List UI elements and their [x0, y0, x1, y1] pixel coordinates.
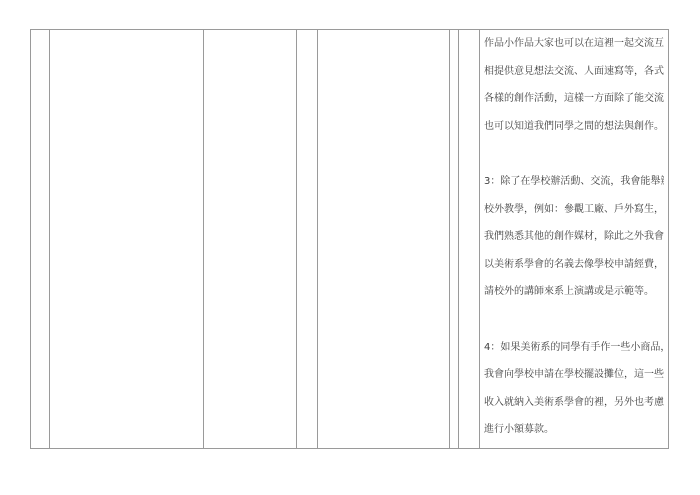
blank-line — [484, 140, 664, 168]
text-line: 我們熟悉其他的創作媒材，除此之外我會 — [484, 223, 664, 251]
text-line: 收入就納入美術系學會的裡，另外也考慮 — [484, 389, 664, 417]
text-line: 以美術系學會的名義去像學校申請經費， — [484, 251, 664, 279]
table-cell-7 — [459, 30, 480, 448]
table-cell-text: 作品小作品大家也可以在這裡一起交流互相提供意見想法交流、人面速寫等，各式各樣的創… — [480, 30, 668, 448]
document-page: 作品小作品大家也可以在這裡一起交流互相提供意見想法交流、人面速寫等，各式各樣的創… — [0, 0, 700, 495]
table-cell-6 — [450, 30, 459, 448]
document-table: 作品小作品大家也可以在這裡一起交流互相提供意見想法交流、人面速寫等，各式各樣的創… — [30, 29, 669, 449]
table-cell-4 — [297, 30, 318, 448]
text-line: 4：如果美術系的同學有手作一些小商品， — [484, 334, 664, 362]
table-cell-5 — [318, 30, 450, 448]
text-line: 我會向學校申請在學校擺設攤位，這一些 — [484, 361, 664, 389]
table-cell-1 — [31, 30, 50, 448]
table-cell-3 — [204, 30, 297, 448]
table-cell-2 — [50, 30, 204, 448]
text-line: 也可以知道我們同學之間的想法與創作。 — [484, 113, 664, 141]
text-line: 3：除了在學校辦活動、交流，我會能舉辦 — [484, 168, 664, 196]
text-line: 相提供意見想法交流、人面速寫等，各式 — [484, 58, 664, 86]
text-line: 進行小額募款。 — [484, 416, 664, 444]
text-line: 各樣的創作活動，這樣一方面除了能交流， — [484, 85, 664, 113]
blank-line — [484, 306, 664, 334]
text-line: 請校外的講師來系上演講或是示範等。 — [484, 278, 664, 306]
cell-paragraphs: 作品小作品大家也可以在這裡一起交流互相提供意見想法交流、人面速寫等，各式各樣的創… — [484, 30, 664, 444]
text-line: 校外教學，例如：參觀工廠、戶外寫生，讓 — [484, 196, 664, 224]
text-line: 作品小作品大家也可以在這裡一起交流互 — [484, 30, 664, 58]
